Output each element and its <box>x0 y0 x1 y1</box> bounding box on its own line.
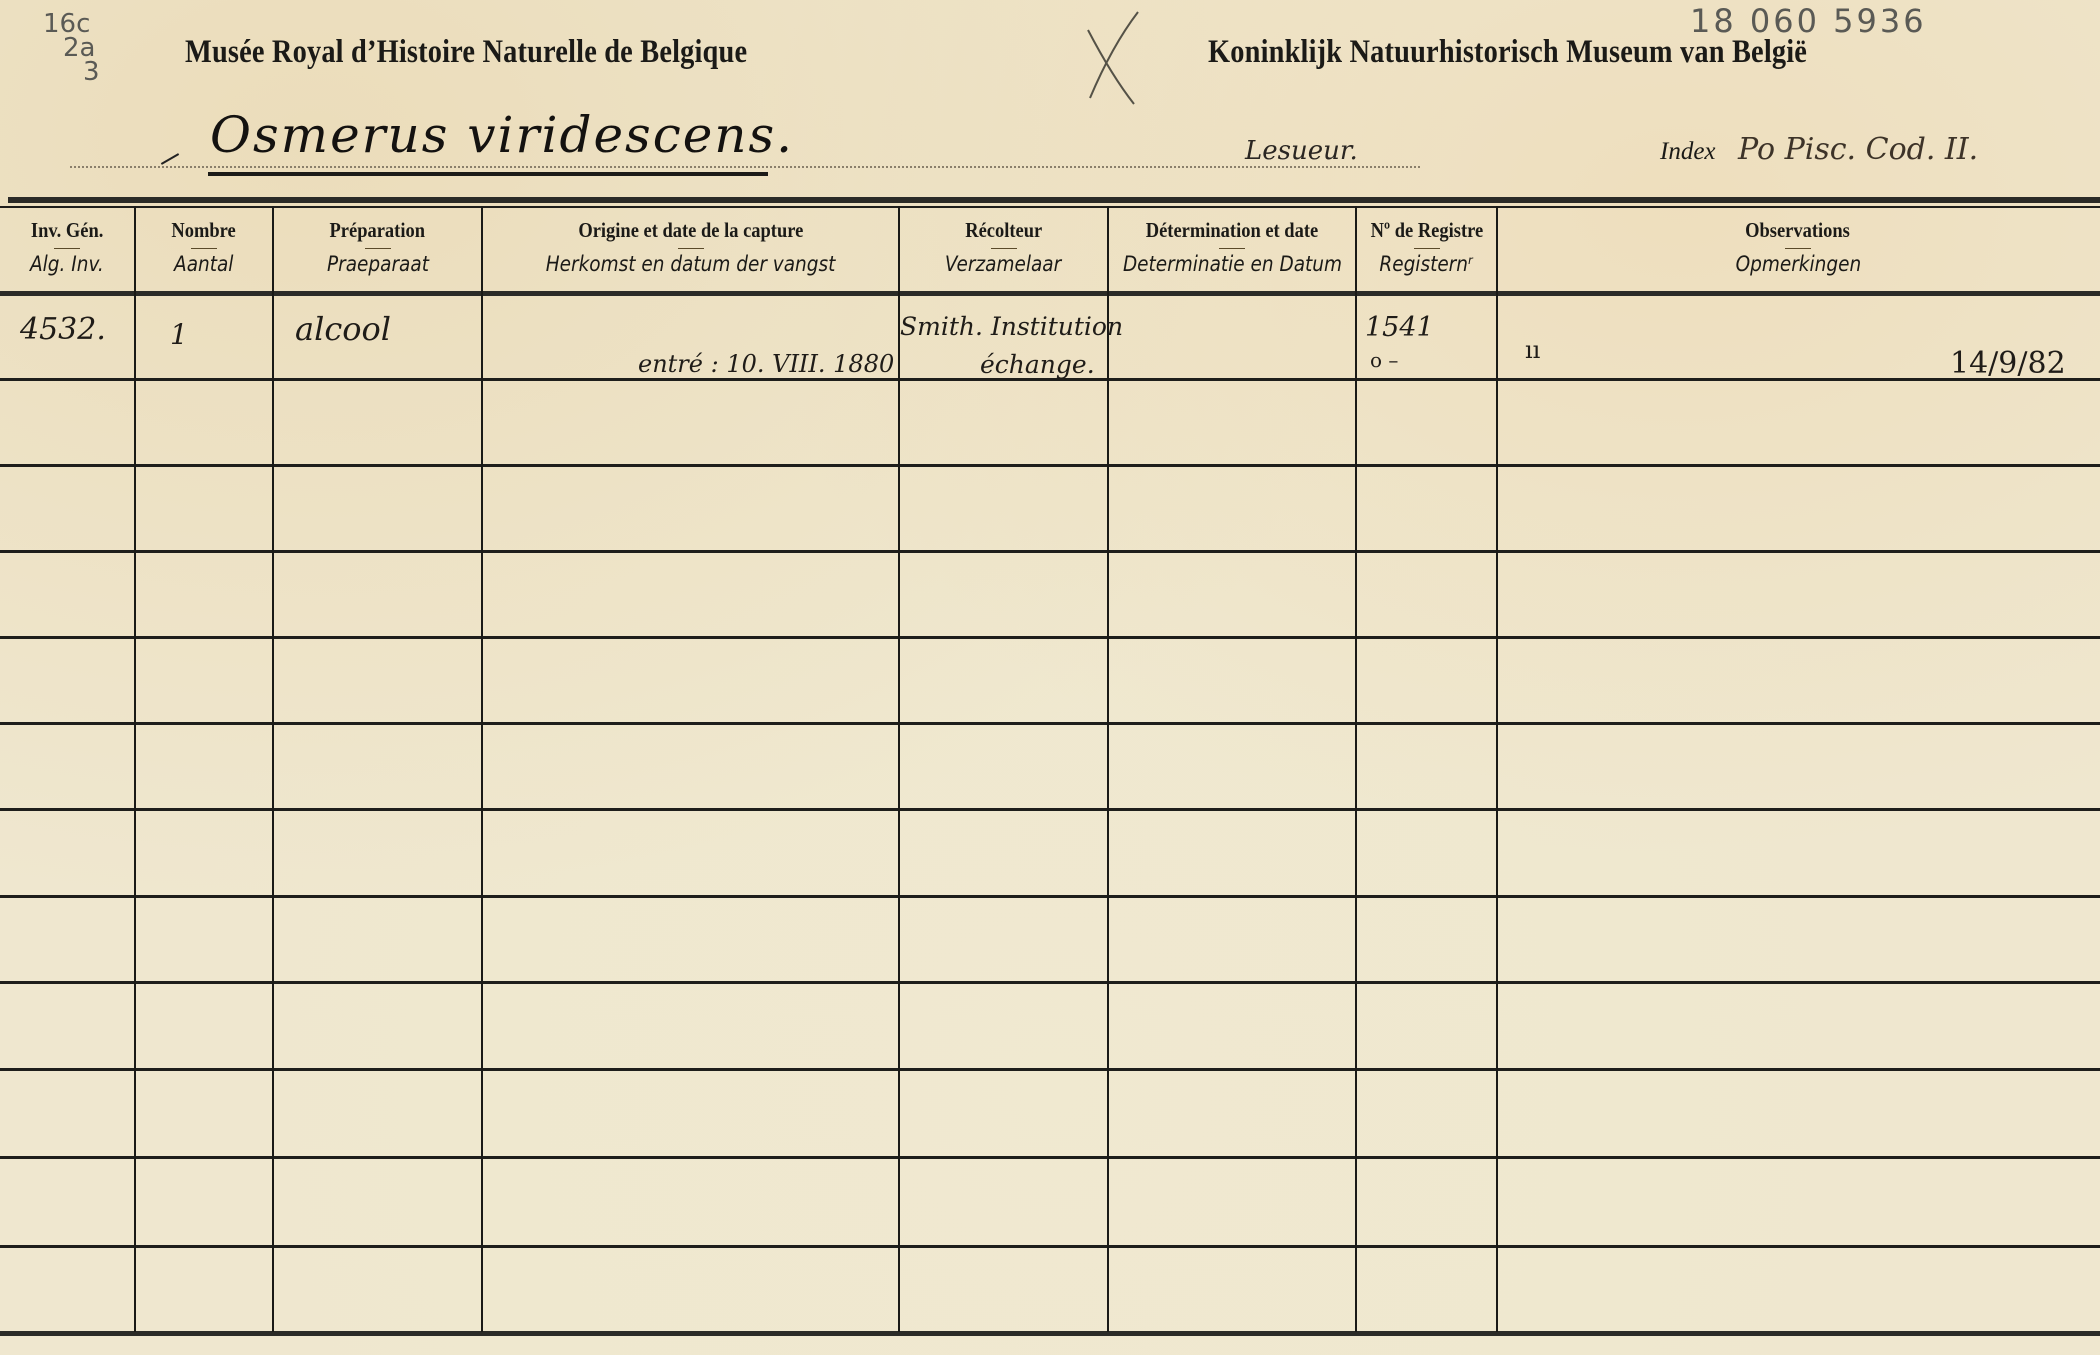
column-divider <box>134 206 136 1332</box>
column-header-preparation: PréparationPraeparaat <box>274 206 481 294</box>
specimen-record-card: 16c 2a 3 Musée Royal d’Histoire Naturell… <box>0 0 2100 1355</box>
cell-collector-line1: Smith. Institution <box>900 312 1123 341</box>
row-rule <box>0 895 2100 898</box>
column-header-origin: Origine et date de la captureHerkomst en… <box>483 206 898 294</box>
cell-collector-line2: échange. <box>980 350 1095 379</box>
index-value: Po Pisc. Cod. II. <box>1738 132 1978 167</box>
column-header-inventory: Inv. Gén.Alg. Inv. <box>0 206 134 294</box>
species-tick-mark <box>161 153 179 165</box>
column-divider <box>1496 206 1498 1332</box>
corner-pencil-notes: 16c 2a 3 <box>25 12 100 84</box>
row-rule <box>0 550 2100 553</box>
column-divider <box>1355 206 1357 1332</box>
column-header-count: NombreAantal <box>136 206 272 294</box>
header-french-title: Musée Royal d’Histoire Naturelle de Belg… <box>185 34 747 71</box>
cell-origin-date: entré : 10. VIII. 1880 <box>638 350 894 378</box>
column-header-collector: RécolteurVerzamelaar <box>900 206 1107 294</box>
column-divider <box>481 206 483 1332</box>
cell-observations-date: 14/9/82 <box>1950 346 2066 381</box>
cell-observations-mark: ıı <box>1525 336 1540 364</box>
cell-register-mark: o – <box>1370 348 1398 372</box>
species-name: Osmerus viridescens. <box>210 106 794 164</box>
species-dotted-line <box>70 166 1420 168</box>
cell-count: 1 <box>170 318 188 351</box>
row-rule <box>0 722 2100 725</box>
row-rule <box>0 981 2100 984</box>
catalog-number: 18 060 5936 <box>1690 2 1927 40</box>
species-author: Lesueur. <box>1245 136 1358 166</box>
row-rule <box>0 1156 2100 1159</box>
column-header-observations: ObservationsOpmerkingen <box>1498 206 2098 294</box>
column-divider <box>898 206 900 1332</box>
row-rule <box>0 808 2100 811</box>
row-rule <box>0 464 2100 467</box>
cell-inventory-number: 4532. <box>20 312 106 347</box>
row-rule <box>0 636 2100 639</box>
column-divider <box>1107 206 1109 1332</box>
table-top-rule <box>8 197 2100 203</box>
index-label: Index <box>1660 138 1716 166</box>
column-divider <box>272 206 274 1332</box>
species-underline <box>208 172 768 176</box>
column-header-determination: Détermination et dateDeterminatie en Dat… <box>1109 206 1355 294</box>
cell-register-number: 1541 <box>1365 312 1434 343</box>
row-rule <box>0 1245 2100 1248</box>
cell-preparation: alcool <box>295 310 391 348</box>
column-header-register: Nº de RegistreRegisternʳ <box>1357 206 1496 294</box>
row-rule <box>0 1068 2100 1071</box>
cross-mark-icon <box>1082 6 1142 106</box>
table-bottom-rule <box>0 1331 2100 1336</box>
